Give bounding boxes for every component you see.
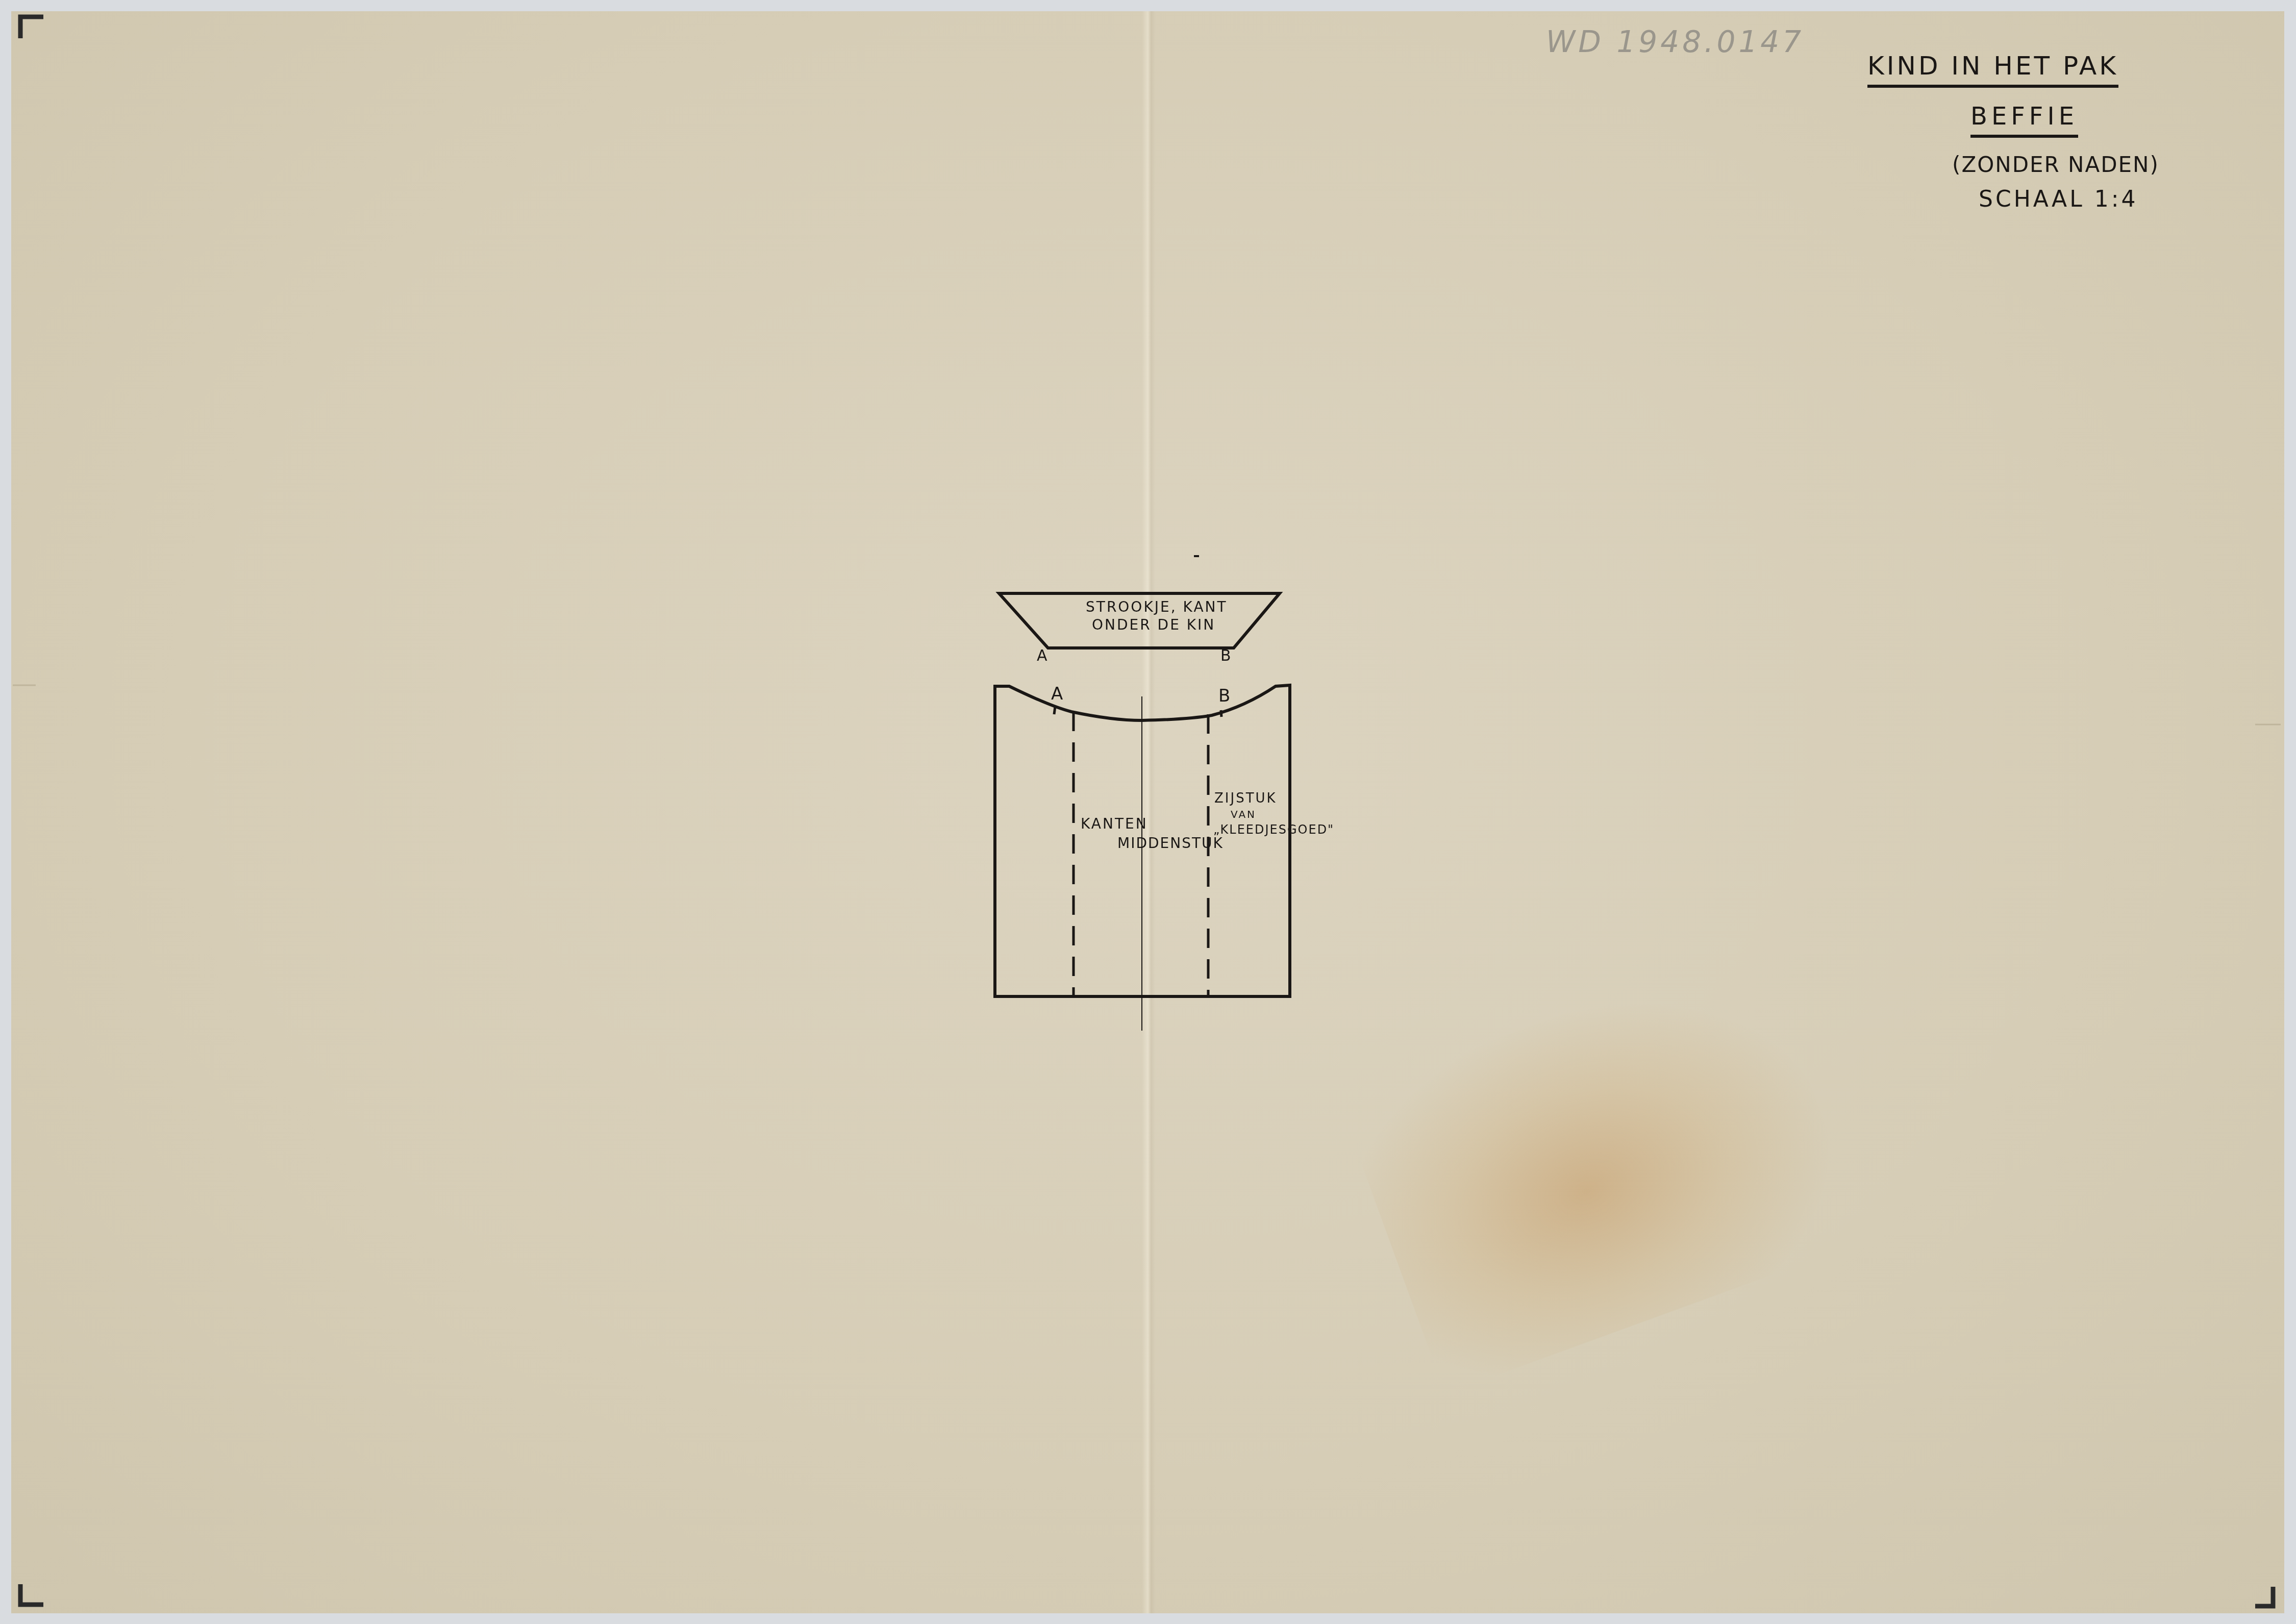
- center-label-line1: KANTEN: [1081, 815, 1148, 832]
- bib-piece: [995, 685, 1290, 1031]
- bib-point-b: B: [1218, 686, 1230, 706]
- corner-mark-top-left: [20, 17, 43, 38]
- corner-mark-bottom-right: [2255, 1587, 2273, 1606]
- strip-label-line1: STROOKJE, KANT: [1086, 598, 1228, 615]
- inventory-number: WD 1948.0147: [1546, 24, 1804, 59]
- strip-label-line2: ONDER DE KIN: [1092, 616, 1215, 633]
- strip-point-b: B: [1220, 647, 1231, 665]
- drawing-scale: SCHAAL 1:4: [1979, 186, 2138, 212]
- corner-mark-bottom-left: [20, 1584, 43, 1605]
- side-label-line3: „KLEEDJESGOED": [1213, 822, 1334, 837]
- center-label-line2: MIDDENSTUK: [1117, 835, 1224, 852]
- bib-point-a: A: [1051, 684, 1063, 704]
- drawing-subtitle: BEFFIE: [1970, 102, 2078, 138]
- pattern-drawing: [0, 0, 2296, 1624]
- corner-marks: [20, 17, 2273, 1606]
- side-label-line2: VAN: [1231, 808, 1256, 820]
- drawing-title: KIND IN HET PAK: [1867, 51, 2118, 88]
- drawing-note: (ZONDER NADEN): [1952, 152, 2159, 177]
- strip-point-a: A: [1037, 647, 1047, 665]
- side-label-line1: ZIJSTUK: [1214, 791, 1277, 806]
